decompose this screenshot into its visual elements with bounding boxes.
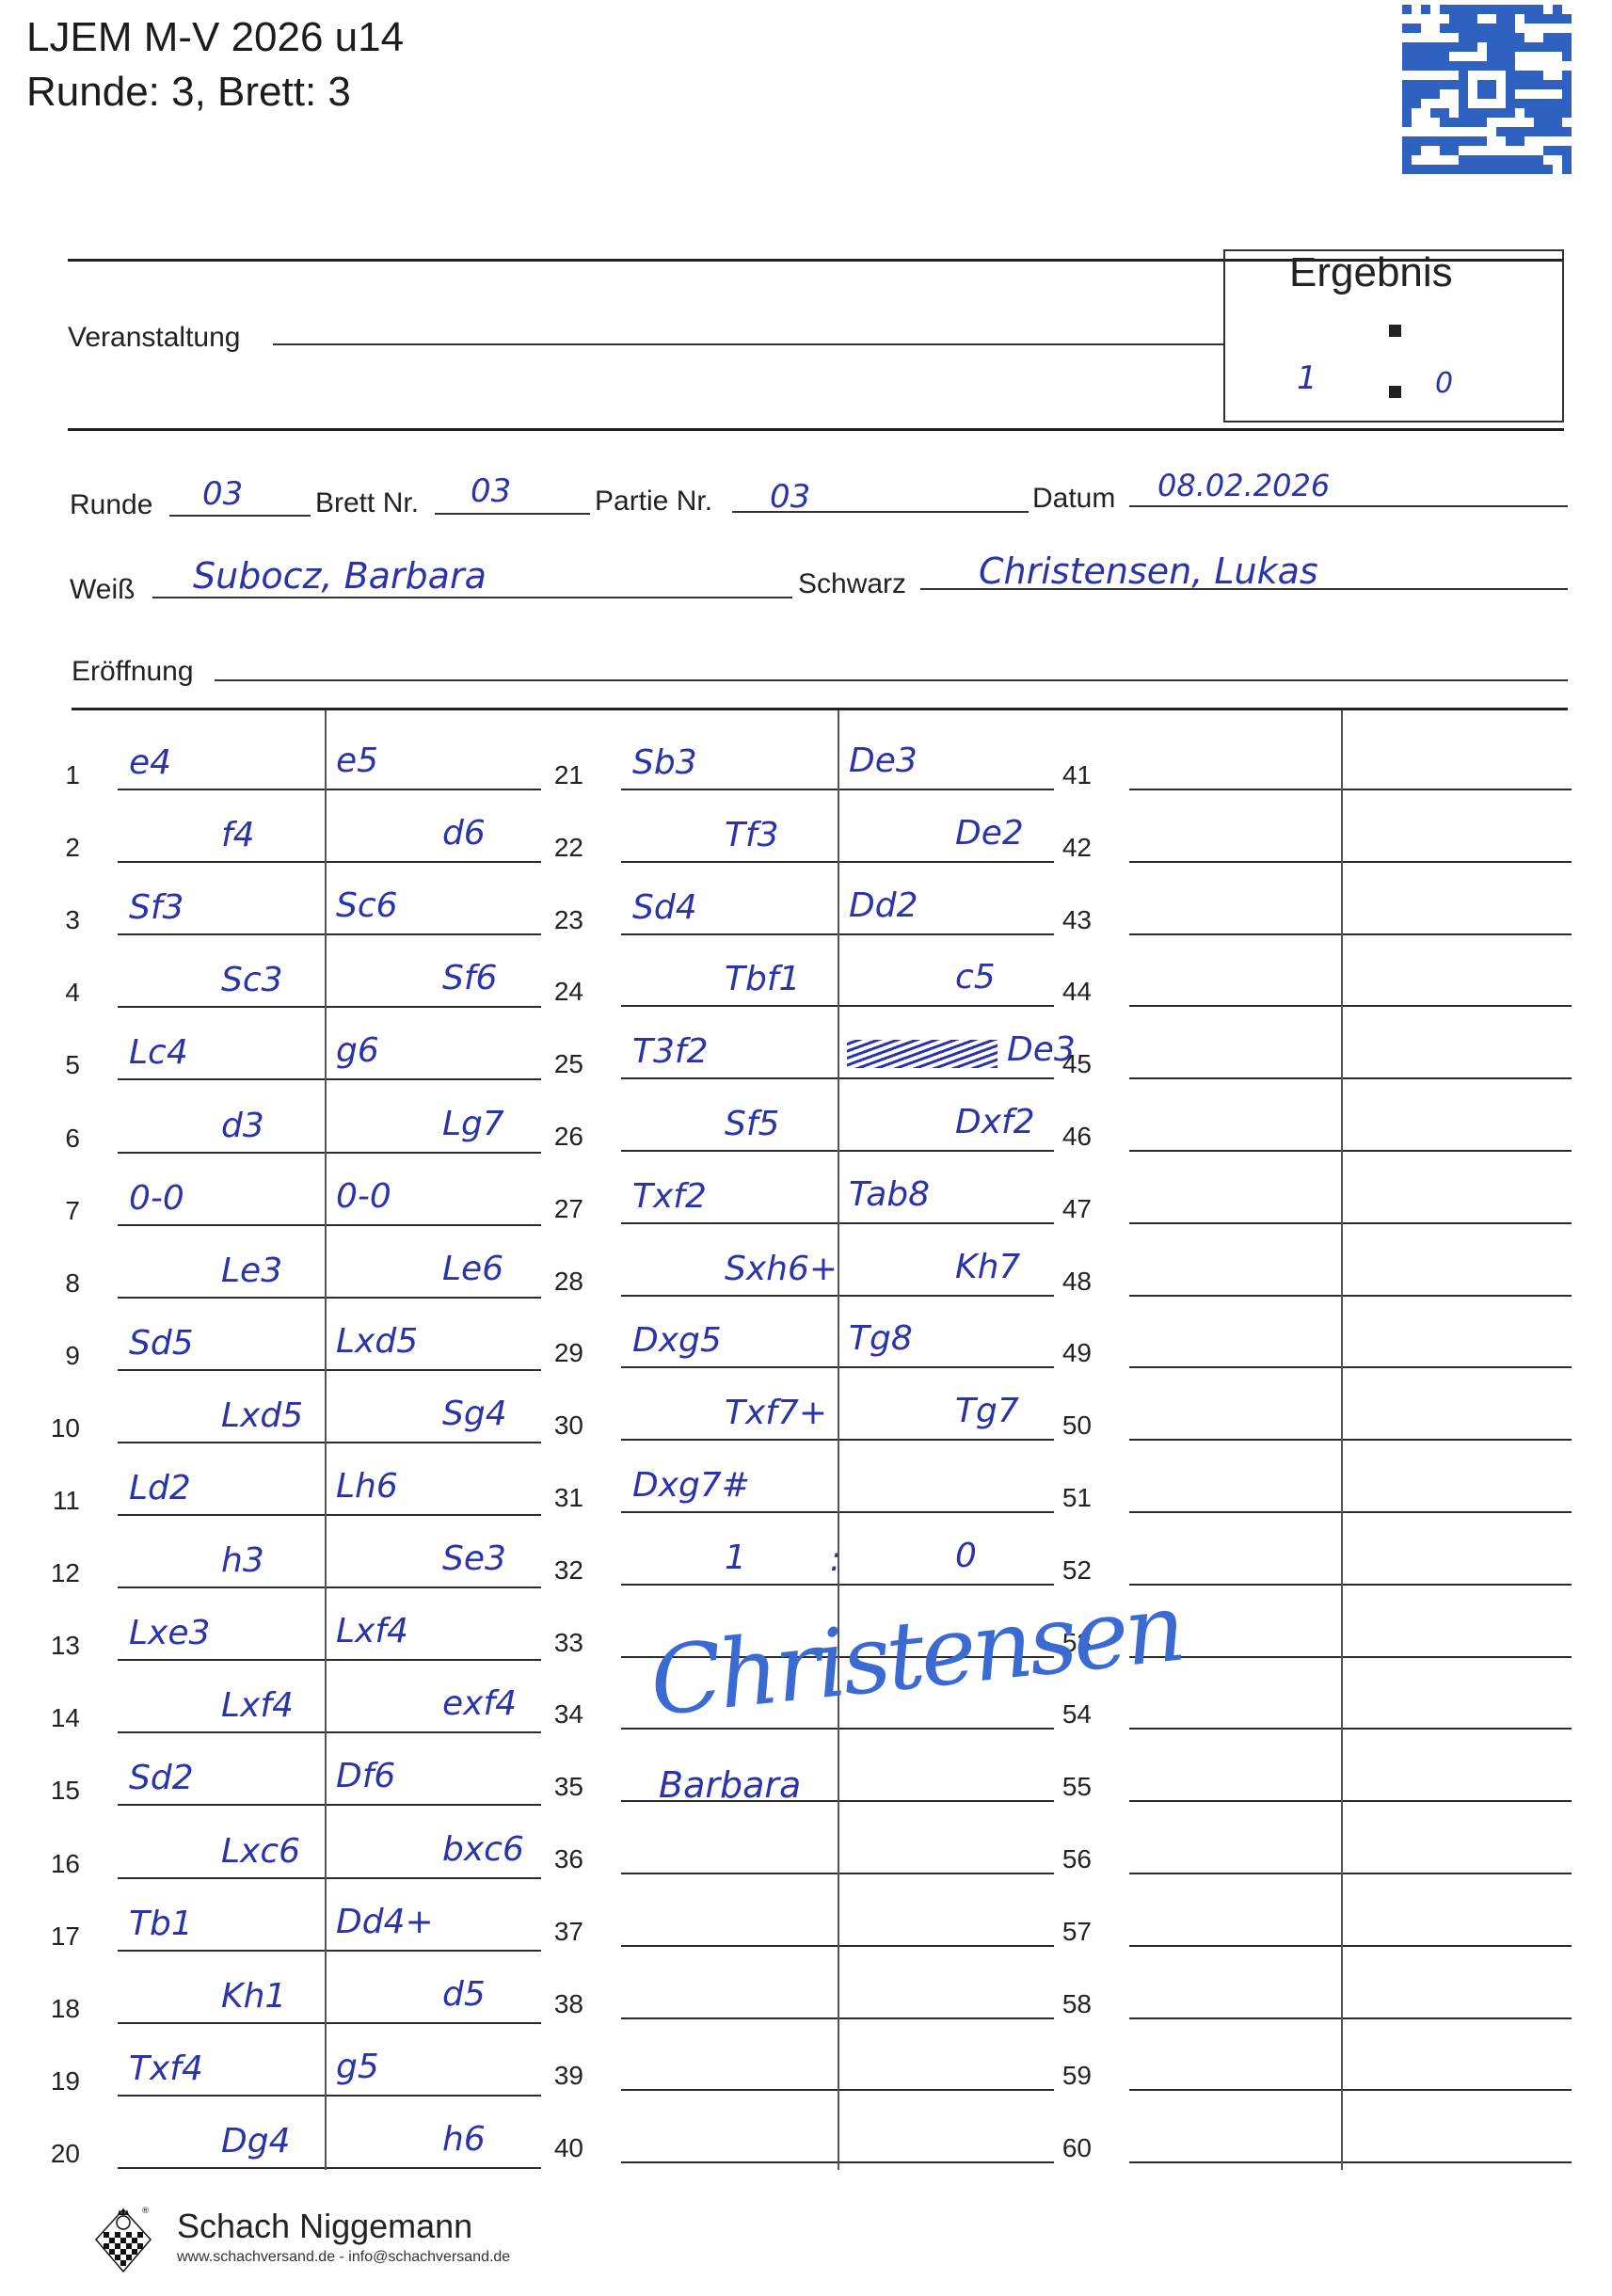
black-move[interactable]: Dxf2 [955,1103,1035,1141]
top-block-bottom-rule [68,428,1564,431]
move-line[interactable] [1129,2017,1572,2019]
black-move[interactable]: Kh7 [955,1248,1020,1286]
move-number: 54 [1035,1699,1092,1730]
move-number: 46 [1035,1122,1092,1152]
move-number: 41 [1035,760,1092,790]
black-move[interactable]: exf4 [442,1684,517,1723]
white-move[interactable]: 0-0 [129,1179,184,1218]
brett-label: Brett Nr. [315,487,419,519]
move-number: 40 [527,2133,583,2163]
footer-brand: Schach Niggemann [177,2207,472,2246]
move-number: 55 [1035,1772,1092,1802]
move-line[interactable] [118,1514,541,1516]
white-move[interactable]: Lxc6 [221,1832,300,1871]
black-move[interactable]: Sf6 [442,959,497,997]
weiss-label: Weiß [70,574,135,606]
black-move[interactable]: bxc6 [442,1830,524,1869]
black-move[interactable]: Tab8 [849,1175,930,1214]
white-move[interactable]: f4 [221,816,255,854]
move-number: 36 [527,1844,583,1874]
move-number: 22 [527,833,583,863]
event-title: LJEM M-V 2026 u14 [26,13,404,62]
white-move[interactable]: Ld2 [129,1469,191,1507]
black-move[interactable]: De2 [955,814,1024,853]
partie-label: Partie Nr. [595,486,712,518]
move-line[interactable] [118,1659,541,1661]
move-line[interactable] [1129,1511,1572,1513]
black-move[interactable]: e5 [336,741,378,780]
chess-king-logo-icon: ® [94,2202,152,2273]
white-move[interactable]: Kh1 [221,1977,286,2016]
move-number: 25 [527,1049,583,1079]
weiss-value: Subocz, Barbara [193,555,487,597]
black-move[interactable]: c5 [955,958,996,997]
ergebnis-black-value[interactable]: 0 [1435,367,1453,400]
move-number: 20 [24,2139,80,2169]
move-line[interactable] [118,2022,541,2024]
column-divider [838,710,839,2170]
white-move[interactable]: d3 [221,1107,264,1145]
move-line[interactable] [118,1297,541,1299]
eroeffnung-label: Eröffnung [72,656,194,688]
move-number: 43 [1035,905,1092,935]
move-number: 44 [1035,977,1092,1007]
move-number: 11 [24,1486,80,1516]
white-move[interactable]: Sd4 [632,888,697,927]
result-separator: : [830,1540,841,1579]
move-number: 51 [1035,1483,1092,1513]
move-number: 12 [24,1558,80,1588]
black-move[interactable]: 0-0 [336,1177,391,1216]
datum-field[interactable] [1129,505,1568,507]
white-move[interactable]: Txf2 [632,1177,707,1216]
move-number: 50 [1035,1411,1092,1441]
move-line[interactable] [1129,1800,1572,1802]
move-line[interactable] [1129,789,1572,790]
veranstaltung-field[interactable] [273,343,1223,345]
move-line[interactable] [118,2167,541,2169]
move-number: 56 [1035,1844,1092,1874]
black-move[interactable]: Lg7 [442,1105,504,1143]
move-line[interactable] [1129,1222,1572,1224]
move-number: 31 [527,1483,583,1513]
runde-field[interactable] [169,515,311,517]
move-number: 32 [527,1555,583,1586]
move-number: 48 [1035,1267,1092,1297]
move-number: 27 [527,1194,583,1224]
move-number: 39 [527,2061,583,2091]
white-move[interactable]: Tbf1 [725,960,800,998]
schwarz-label: Schwarz [798,568,906,600]
move-number: 47 [1035,1194,1092,1224]
white-move[interactable]: Sf3 [129,888,184,927]
move-line[interactable] [1129,1656,1572,1658]
move-line[interactable] [118,1152,541,1154]
move-number: 3 [24,905,80,935]
brett-field[interactable] [435,513,590,515]
white-move[interactable]: e4 [129,743,171,782]
move-number: 5 [24,1050,80,1080]
white-move[interactable]: Sc3 [221,961,283,999]
runde-label: Runde [70,489,152,521]
black-move[interactable]: Df6 [336,1757,395,1795]
black-move[interactable]: Tg7 [955,1392,1019,1430]
white-move[interactable]: Sxh6+ [725,1250,838,1288]
white-signature: Barbara [659,1764,801,1806]
move-line[interactable] [118,1006,541,1008]
move-number: 9 [24,1341,80,1371]
move-number: 15 [24,1776,80,1806]
move-line[interactable] [118,2095,541,2097]
column-divider [1341,710,1343,2170]
move-line[interactable] [1129,1728,1572,1730]
move-number: 33 [527,1628,583,1658]
qr-code-icon [1402,5,1572,174]
white-move[interactable]: Sd5 [129,1324,194,1363]
move-line[interactable] [1129,1150,1572,1152]
black-move[interactable]: h6 [442,2120,486,2159]
white-move[interactable]: Lxf4 [221,1686,294,1725]
white-move[interactable]: 1 [725,1539,746,1577]
move-number: 10 [24,1413,80,1443]
move-line[interactable] [118,1731,541,1733]
move-line[interactable] [1129,861,1572,863]
move-number: 4 [24,978,80,1008]
move-number: 38 [527,1989,583,2019]
move-line[interactable] [1129,1873,1572,1874]
move-number: 6 [24,1124,80,1154]
move-line[interactable] [1129,1366,1572,1368]
move-number: 26 [527,1122,583,1152]
datum-label: Datum [1032,483,1115,515]
move-line[interactable] [118,1950,541,1952]
move-number: 30 [527,1411,583,1441]
footer-contact: www.schachversand.de - info@schachversan… [177,2249,510,2266]
move-line[interactable] [1129,1584,1572,1586]
black-move[interactable]: Lh6 [336,1467,398,1506]
black-move[interactable]: 0 [955,1537,977,1575]
black-move[interactable]: Tg8 [849,1319,913,1358]
move-line[interactable] [118,1078,541,1080]
black-move[interactable]: g6 [336,1031,379,1070]
move-number: 17 [24,1921,80,1952]
result-separator-dot [1389,386,1401,398]
move-line[interactable] [118,933,541,935]
move-line[interactable] [1129,2161,1572,2163]
black-move[interactable]: Sg4 [442,1395,507,1433]
white-move[interactable]: Dxg7# [632,1466,750,1505]
black-move[interactable]: Lxd5 [336,1322,418,1361]
move-line[interactable] [118,1586,541,1588]
column-divider [325,710,327,2170]
move-line[interactable] [118,1804,541,1806]
white-move[interactable]: Tb1 [129,1905,193,1943]
move-number: 14 [24,1703,80,1733]
white-move[interactable]: Lxe3 [129,1614,210,1652]
move-number: 13 [24,1631,80,1661]
move-number: 59 [1035,2061,1092,2091]
black-move[interactable]: d5 [442,1975,486,2014]
move-number: 58 [1035,1989,1092,2019]
move-number: 1 [24,760,80,790]
white-move[interactable]: Dg4 [221,2122,290,2160]
struck-out-move [847,1040,998,1068]
move-number: 45 [1035,1049,1092,1079]
black-move[interactable]: De3 [849,741,918,780]
datum-value: 08.02.2026 [1157,468,1330,503]
white-move[interactable]: Sf5 [725,1105,779,1143]
white-move[interactable]: Tf3 [725,816,779,854]
move-line[interactable] [118,861,541,863]
black-signature: Christensen [645,1572,1187,1738]
schwarz-value: Christensen, Lukas [979,550,1318,592]
white-move[interactable]: Dxg5 [632,1321,722,1360]
white-move[interactable]: Txf7+ [725,1394,827,1432]
eroeffnung-field[interactable] [215,679,1568,681]
moves-top-rule [72,708,1568,710]
result-separator-dot [1389,325,1401,337]
white-move[interactable]: h3 [221,1541,264,1580]
brett-value: 03 [471,472,511,510]
move-number: 28 [527,1267,583,1297]
move-number: 2 [24,833,80,863]
move-number: 37 [527,1917,583,1947]
black-move[interactable]: Lxf4 [336,1612,408,1650]
move-line[interactable] [1129,1295,1572,1297]
move-line[interactable] [1129,1439,1572,1441]
weiss-field[interactable] [152,597,792,598]
move-line[interactable] [118,1369,541,1371]
move-line[interactable] [1129,1945,1572,1947]
move-number: 29 [527,1338,583,1368]
black-move[interactable]: Le6 [442,1250,503,1288]
black-move[interactable]: Sc6 [336,886,398,925]
white-move[interactable]: Sb3 [632,743,697,782]
move-number: 34 [527,1699,583,1730]
white-move[interactable]: T3f2 [632,1032,708,1071]
move-number: 23 [527,905,583,935]
white-move[interactable]: Sd2 [129,1759,194,1797]
black-move[interactable]: g5 [336,2048,379,2086]
black-move[interactable]: Se3 [442,1539,506,1578]
move-number: 18 [24,1994,80,2024]
move-number: 21 [527,760,583,790]
move-line[interactable] [1129,2089,1572,2091]
ergebnis-label: Ergebnis [1289,249,1453,296]
veranstaltung-label: Veranstaltung [68,322,240,354]
move-line[interactable] [118,789,541,790]
move-line[interactable] [1129,1077,1572,1079]
move-line[interactable] [1129,1005,1572,1007]
move-number: 19 [24,2066,80,2097]
white-move[interactable]: Lxd5 [221,1396,303,1435]
move-number: 24 [527,977,583,1007]
move-number: 8 [24,1268,80,1299]
move-line[interactable] [118,1442,541,1443]
white-move[interactable]: Txf4 [129,2049,203,2088]
move-line[interactable] [118,1877,541,1879]
move-number: 35 [527,1772,583,1802]
move-number: 7 [24,1196,80,1226]
partie-value: 03 [770,478,810,516]
move-number: 57 [1035,1917,1092,1947]
black-move[interactable]: Dd2 [849,886,918,925]
ergebnis-white-value[interactable]: 1 [1297,359,1317,397]
move-number: 42 [1035,833,1092,863]
move-line[interactable] [118,1224,541,1226]
move-line[interactable] [1129,933,1572,935]
move-number: 60 [1035,2133,1092,2163]
svg-text:®: ® [141,2207,150,2216]
white-move[interactable]: Lc4 [129,1033,188,1072]
round-board-subtitle: Runde: 3, Brett: 3 [26,68,351,117]
black-move[interactable]: Dd4+ [336,1903,434,1941]
move-number: 49 [1035,1338,1092,1368]
black-move[interactable]: d6 [442,814,486,853]
runde-value: 03 [202,475,243,513]
move-number: 16 [24,1849,80,1879]
white-move[interactable]: Le3 [221,1252,282,1290]
